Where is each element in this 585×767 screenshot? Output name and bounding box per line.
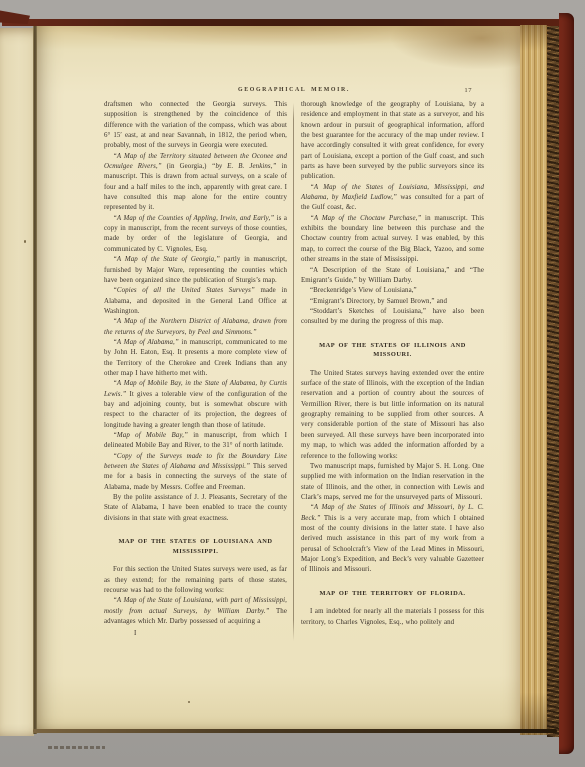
- page-number: 17: [464, 87, 472, 94]
- section-heading: MAP OF THE TERRITORY OF FLORIDA.: [303, 589, 482, 599]
- text-segment: “by E. B. Jenkins,”: [212, 163, 277, 170]
- book-top-edge: [2, 19, 568, 26]
- paragraph: I am indebted for nearly all the materia…: [301, 607, 484, 628]
- section-heading: MAP OF THE STATES OF ILLINOIS AND MISSOU…: [303, 341, 482, 360]
- paragraph: “A Map of the Northern District of Alaba…: [104, 317, 287, 338]
- text-segment: “A Map of the State of Louisiana, with p…: [104, 597, 287, 614]
- text-segment: “Stoddart’s Sketches of Louisiana,” have…: [301, 308, 484, 325]
- column-right: thorough knowledge of the geography of L…: [301, 100, 484, 639]
- scanned-book-page: GEOGRAPHICAL MEMOIR. 17 draftsmen who co…: [0, 0, 585, 767]
- page-fore-edge: [520, 25, 547, 735]
- paragraph: For this section the United States surve…: [104, 565, 287, 596]
- paragraph: “A Map of the State of Louisiana, with p…: [104, 596, 287, 627]
- book-cover-right: [559, 13, 574, 754]
- paragraph: “A Map of the States of Illinois and Mis…: [301, 503, 484, 575]
- paragraph: “A Map of the Territory situated between…: [104, 152, 287, 214]
- paragraph: “Copies of all the United States Surveys…: [104, 286, 287, 317]
- book-bottom-edge: [33, 729, 557, 733]
- paragraph: “Stoddart’s Sketches of Louisiana,” have…: [301, 307, 484, 328]
- column-left: draftsmen who connected the Georgia surv…: [104, 100, 287, 639]
- text-segment: For this section the United States surve…: [104, 566, 287, 594]
- paragraph: “A Map of the States of Louisiana, Missi…: [301, 183, 484, 214]
- previous-page-edge: [0, 28, 34, 736]
- page-header: GEOGRAPHICAL MEMOIR. 17: [104, 87, 484, 99]
- text-segment: I am indebted for nearly all the materia…: [301, 608, 484, 625]
- section-heading: MAP OF THE STATES OF LOUISIANA AND MISSI…: [106, 537, 285, 556]
- text-segment: “A Map of Alabama,”: [113, 339, 179, 346]
- text-segment: “A Map of the State of Georgia,”: [113, 256, 220, 263]
- text-segment: “A Map of the Choctaw Purchase,”: [310, 215, 421, 222]
- paragraph: draftsmen who connected the Georgia surv…: [104, 100, 287, 152]
- paragraph: “A Map of Mobile Bay, in the State of Al…: [104, 379, 287, 431]
- signature-mark: I: [104, 629, 287, 639]
- text-segment: “Emigrant’s Directory, by Samuel Brown,”…: [310, 298, 447, 305]
- text-segment: “Copies of all the United States Surveys…: [113, 287, 255, 294]
- text-segment: “A Description of the State of Louisiana…: [301, 267, 484, 284]
- text-segment: The United States surveys having extende…: [301, 370, 484, 460]
- text-segment: MAP OF THE TERRITORY OF FLORIDA.: [320, 590, 466, 597]
- paragraph: The United States surveys having extende…: [301, 369, 484, 462]
- paragraph: “Emigrant’s Directory, by Samuel Brown,”…: [301, 297, 484, 307]
- paragraph: “Map of Mobile Bay,” in manuscript, from…: [104, 431, 287, 452]
- paper-speck: [188, 701, 190, 703]
- cover-corner-top-left: [0, 9, 30, 24]
- paragraph: “Breckenridge’s View of Louisiana,”: [301, 286, 484, 296]
- text-segment: (in Georgia,): [162, 163, 212, 170]
- paragraph: “A Description of the State of Louisiana…: [301, 266, 484, 287]
- paragraph: Two manuscript maps, furnished by Major …: [301, 462, 484, 503]
- text-segment: It gives a tolerable view of the configu…: [104, 391, 287, 429]
- text-segment: “Map of Mobile Bay,”: [113, 432, 188, 439]
- text-segment: Two manuscript maps, furnished by Major …: [301, 463, 484, 501]
- text-segment: thorough knowledge of the geography of L…: [301, 101, 484, 180]
- catalog-imprint: [48, 746, 105, 749]
- text-segment: in manuscript. This exhibits the boundar…: [301, 215, 484, 263]
- text-segment: By the polite assistance of J. J. Pleasa…: [104, 494, 287, 522]
- text-segment: MAP OF THE STATES OF LOUISIANA AND MISSI…: [119, 538, 273, 555]
- text-segment: MAP OF THE STATES OF ILLINOIS AND MISSOU…: [319, 342, 466, 359]
- paragraph: By the polite assistance of J. J. Pleasa…: [104, 493, 287, 524]
- text-segment: “Breckenridge’s View of Louisiana,”: [310, 287, 417, 294]
- text-segment: This is a very accurate map, from which …: [301, 515, 484, 574]
- paragraph: “Copy of the Surveys made to fix the Bou…: [104, 452, 287, 493]
- running-title: GEOGRAPHICAL MEMOIR.: [104, 87, 484, 93]
- text-segment: draftsmen who connected the Georgia surv…: [104, 101, 287, 149]
- paragraph: “A Map of the Counties of Appling, Irwin…: [104, 214, 287, 255]
- paragraph: “A Map of the Choctaw Purchase,” in manu…: [301, 214, 484, 266]
- text-segment: in manuscript. This is drawn from actual…: [104, 163, 287, 211]
- paragraph: “A Map of the State of Georgia,” partly …: [104, 255, 287, 286]
- text-columns: draftsmen who connected the Georgia surv…: [104, 100, 484, 639]
- paragraph: “A Map of Alabama,” in manuscript, commu…: [104, 338, 287, 379]
- paper-speck: [24, 240, 26, 243]
- paragraph: thorough knowledge of the geography of L…: [301, 100, 484, 183]
- text-segment: “A Map of the Counties of Appling, Irwin…: [113, 215, 274, 222]
- text-segment: “A Map of the Northern District of Alaba…: [104, 318, 287, 335]
